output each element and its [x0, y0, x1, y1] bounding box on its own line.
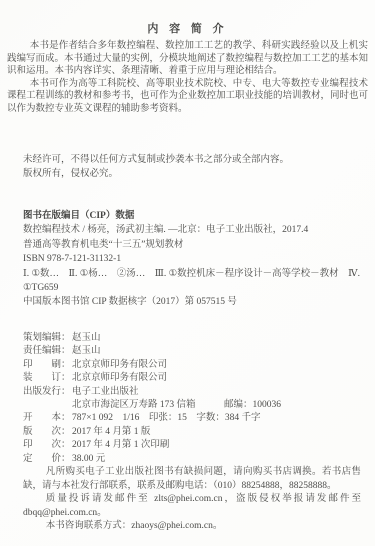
colophon-row-responsible-editor: 责任编辑： 赵玉山	[23, 345, 368, 358]
colophon-label: 责任编辑：	[23, 345, 72, 358]
colophon-label: 定 价：	[23, 453, 72, 466]
colophon-value: 38.00 元	[72, 453, 105, 466]
colophon-value: 2017 年 4 月第 1 版	[72, 426, 150, 439]
cip-classification-line: Ⅰ. ①数… Ⅱ. ①杨… ②汤… Ⅲ. ①数控机床－程序设计－高等学校－教材 …	[23, 267, 368, 296]
intro-section: 本书是作者结合多年数控编程、数控加工工艺的教学、科研实践经验以及上机实践编写而成…	[7, 40, 368, 116]
colophon-row-impression: 印 次： 2017 年 4 月第 1 次印刷	[23, 439, 368, 452]
colophon-label	[23, 399, 72, 412]
colophon-row-edition: 版 次： 2017 年 4 月第 1 版	[23, 426, 368, 439]
cip-series-line: 普通高等教育机电类“十三五”规划教材	[23, 238, 368, 252]
copyright-notice-line: 未经许可，不得以任何方式复制或抄袭本书之部分或全部内容。	[23, 154, 368, 168]
colophon-row-price: 定 价： 38.00 元	[23, 453, 368, 466]
colophon-value: 2017 年 4 月第 1 次印刷	[72, 439, 169, 452]
cip-data-block: 图书在版编目（CIP）数据 数控编程技术 / 杨亮，汤武初主编. —北京：电子工…	[23, 209, 368, 310]
colophon-value: 北京市海淀区万寿路 173 信箱 邮编：100036	[72, 399, 281, 412]
colophon-row-format: 开 本： 787×1 092 1/16 印张：15 字数：384 千字	[23, 412, 368, 425]
colophon-value: 北京京师印务有限公司	[72, 359, 167, 372]
colophon-label: 印 次：	[23, 439, 72, 452]
colophon-row-planning-editor: 策划编辑： 赵玉山	[23, 332, 368, 345]
colophon-value: 787×1 092 1/16 印张：15 字数：384 千字	[72, 412, 261, 425]
colophon-value: 北京京师印务有限公司	[72, 372, 167, 385]
colophon-label: 策划编辑：	[23, 332, 72, 345]
colophon-row-address: 北京市海淀区万寿路 173 信箱 邮编：100036	[23, 399, 368, 412]
colophon-label: 印 刷：	[23, 359, 72, 372]
colophon-label: 装 订：	[23, 372, 72, 385]
colophon-label: 出版发行：	[23, 386, 72, 399]
colophon-block: 策划编辑： 赵玉山 责任编辑： 赵玉山 印 刷： 北京京师印务有限公司 装 订：…	[23, 332, 368, 466]
colophon-row-printer: 印 刷： 北京京师印务有限公司	[23, 359, 368, 372]
cip-isbn: ISBN 978-7-121-31132-1	[23, 252, 368, 266]
colophon-label: 开 本：	[23, 412, 72, 425]
contact-email-note: 本书咨询联系方式：zhaoys@phei.com.cn。	[23, 520, 361, 534]
cip-record-number: 中国版本图书馆 CIP 数据核字（2017）第 057515 号	[23, 295, 368, 309]
cip-book-line: 数控编程技术 / 杨亮，汤武初主编. —北京：电子工业出版社，2017.4	[23, 223, 368, 237]
colophon-value: 电子工业出版社	[72, 386, 139, 399]
colophon-row-binder: 装 订： 北京京师印务有限公司	[23, 372, 368, 385]
intro-paragraph: 本书可作为高等工科院校、高等职业技术院校、中专、电大等数控专业编程技术课程工程训…	[7, 78, 368, 116]
complaint-email-note: 质量投诉请发邮件至 zlts@phei.com.cn，盗版侵权举报请发邮件至 d…	[23, 493, 361, 520]
colophon-row-publisher: 出版发行： 电子工业出版社	[23, 386, 368, 399]
copyright-notice-line: 版权所有，侵权必究。	[23, 168, 368, 182]
colophon-label: 版 次：	[23, 426, 72, 439]
service-notes-block: 凡所购买电子工业出版社图书有缺损问题，请向购买书店调换。若书店售缺，请与本社发行…	[23, 466, 361, 534]
cip-heading: 图书在版编目（CIP）数据	[23, 209, 368, 223]
colophon-value: 赵玉山	[72, 332, 101, 345]
colophon-value: 赵玉山	[72, 345, 101, 358]
copyright-notice: 未经许可，不得以任何方式复制或抄袭本书之部分或全部内容。 版权所有，侵权必究。	[23, 154, 368, 181]
exchange-note: 凡所购买电子工业出版社图书有缺损问题，请向购买书店调换。若书店售缺，请与本社发行…	[23, 466, 361, 493]
page-title: 内 容 简 介	[0, 20, 375, 36]
intro-paragraph: 本书是作者结合多年数控编程、数控加工工艺的教学、科研实践经验以及上机实践编写而成…	[7, 40, 368, 78]
book-copyright-page: 内 容 简 介 本书是作者结合多年数控编程、数控加工工艺的教学、科研实践经验以及…	[0, 0, 375, 546]
